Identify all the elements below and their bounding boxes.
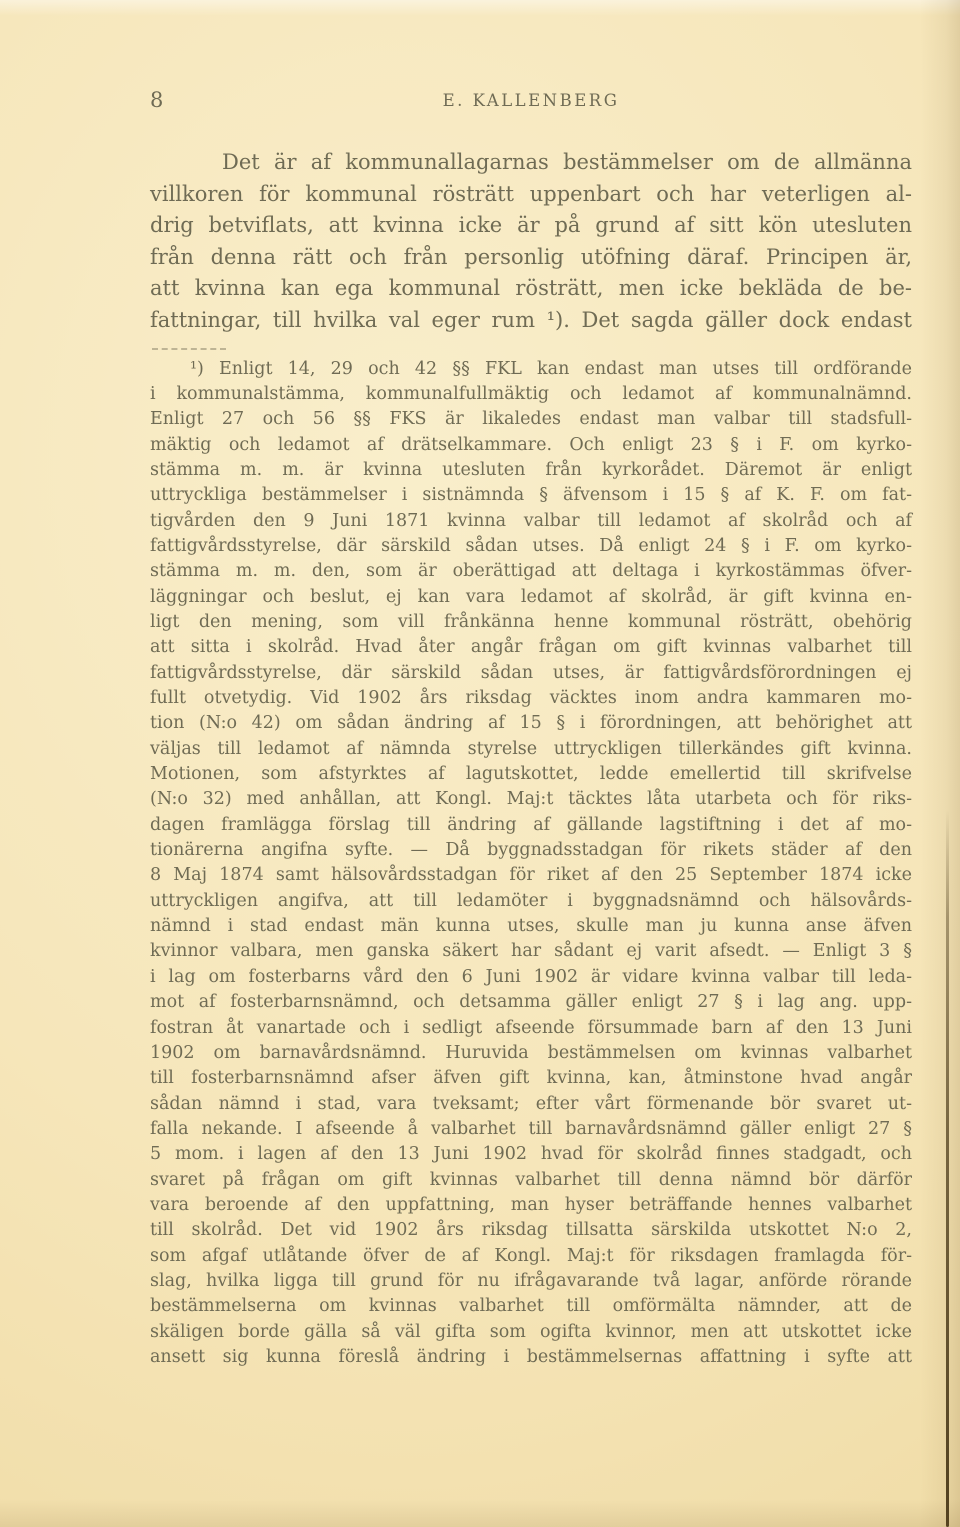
footnote-text-line: stämma m. m. är kvinna utesluten från ky… — [150, 458, 912, 483]
footnote-separator — [152, 348, 226, 350]
footnote-text-line: (N:o 32) med anhållan, att Kongl. Maj:t … — [150, 787, 912, 812]
footnote-text-line: att sitta i skolråd. Hvad åter angår frå… — [150, 635, 912, 660]
footnote-text-line: vara beroende af den uppfattning, man hy… — [150, 1193, 912, 1218]
footnote-text-line: 1902 om barnavårdsnämnd. Huruvida bestäm… — [150, 1041, 912, 1066]
footnote-block: ¹) Enligt 14, 29 och 42 §§ FKL kan endas… — [150, 357, 912, 1371]
footnote-text-line: mäktig och ledamot af drätselkammare. Oc… — [150, 433, 912, 458]
footnote-text-line: ansett sig kunna föreslå ändring i bestä… — [150, 1345, 912, 1370]
body-text-line: fattningar, till hvilka val eger rum ¹).… — [150, 305, 912, 337]
footnote-text-line: nämnd i stad endast män kunna utses, sku… — [150, 914, 912, 939]
footnote-text-line: i kommunalstämma, kommunalfullmäktig och… — [150, 382, 912, 407]
footnote-text-line: ¹) Enligt 14, 29 och 42 §§ FKL kan endas… — [150, 357, 912, 382]
body-text-line: Det är af kommunallagarnas bestämmelser … — [150, 147, 912, 179]
footnote-text-line: skäligen borde gälla så väl gifta som og… — [150, 1320, 912, 1345]
footnote-text-line: ligt den mening, som vill frånkänna henn… — [150, 610, 912, 635]
footnote-text-line: tion (N:o 42) om sådan ändring af 15 § i… — [150, 711, 912, 736]
page-header: 8 E. KALLENBERG — [150, 88, 912, 114]
running-header: E. KALLENBERG — [150, 91, 912, 110]
footnote-text-line: dagen framlägga förslag till ändring af … — [150, 813, 912, 838]
footnote-text-line: läggningar och beslut, ej kan vara ledam… — [150, 585, 912, 610]
book-page: 8 E. KALLENBERG Det är af kommunallagarn… — [0, 0, 960, 1527]
footnote-text-line: fattigvårdsstyrelse, där särskild sådan … — [150, 534, 912, 559]
footnote-text-line: till skolråd. Det vid 1902 års riksdag t… — [150, 1218, 912, 1243]
page-content: 8 E. KALLENBERG Det är af kommunallagarn… — [150, 88, 912, 1370]
footnote-text-line: tionärerna angifna syfte. — Då byggnadss… — [150, 838, 912, 863]
footnote-text-line: 8 Maj 1874 samt hälsovårdsstadgan för ri… — [150, 863, 912, 888]
body-text-line: drig betviflats, att kvinna icke är på g… — [150, 210, 912, 242]
footnote-text-line: fullt otvetydig. Vid 1902 års riksdag vä… — [150, 686, 912, 711]
footnote-text-line: 5 mom. i lagen af den 13 Juni 1902 hvad … — [150, 1142, 912, 1167]
footnote-text-line: kvinnor valbara, men ganska säkert har s… — [150, 939, 912, 964]
footnote-text-line: stämma m. m. den, som är oberättigad att… — [150, 559, 912, 584]
footnote-text-line: bestämmelserna om kvinnas valbarhet till… — [150, 1294, 912, 1319]
footnote-text-line: mot af fosterbarnsnämnd, och detsamma gä… — [150, 990, 912, 1015]
footnote-text-line: till fosterbarnsnämnd afser äfven gift k… — [150, 1066, 912, 1091]
body-text-line: att kvinna kan ega kommunal rösträtt, me… — [150, 273, 912, 305]
footnote-text-line: i lag om fosterbarns vård den 6 Juni 190… — [150, 965, 912, 990]
footnote-text-line: fattigvårdsstyrelse, där särskild sådan … — [150, 661, 912, 686]
footnote-text-line: Enligt 27 och 56 §§ FKS är likaledes end… — [150, 407, 912, 432]
footnote-text-line: väljas till ledamot af nämnda styrelse u… — [150, 737, 912, 762]
body-text-line: villkoren för kommunal rösträtt uppenbar… — [150, 179, 912, 211]
footnote-text-line: fostran åt vanartade och i sedligt afsee… — [150, 1016, 912, 1041]
footnote-text-line: slag, hvilka ligga till grund för nu ifr… — [150, 1269, 912, 1294]
footnote-text-line: som afgaf utlåtande öfver de af Kongl. M… — [150, 1244, 912, 1269]
main-paragraph: Det är af kommunallagarnas bestämmelser … — [150, 147, 912, 337]
page-edge-line — [946, 810, 949, 1527]
footnote-text-line: falla nekande. I afseende å valbarhet ti… — [150, 1117, 912, 1142]
footnote-text-line: uttryckligen angifva, att till ledamöter… — [150, 889, 912, 914]
body-text-line: från denna rätt och från personlig utöfn… — [150, 242, 912, 274]
footnote-text-line: uttryckliga bestämmelser i sistnämnda § … — [150, 483, 912, 508]
footnote-text-line: svaret på frågan om gift kvinnas valbarh… — [150, 1168, 912, 1193]
footnote-text-line: Motionen, som afstyrktes af lagutskottet… — [150, 762, 912, 787]
footnote-text-line: sådan nämnd i stad, vara tveksamt; efter… — [150, 1092, 912, 1117]
footnote-text-line: tigvården den 9 Juni 1871 kvinna valbar … — [150, 509, 912, 534]
